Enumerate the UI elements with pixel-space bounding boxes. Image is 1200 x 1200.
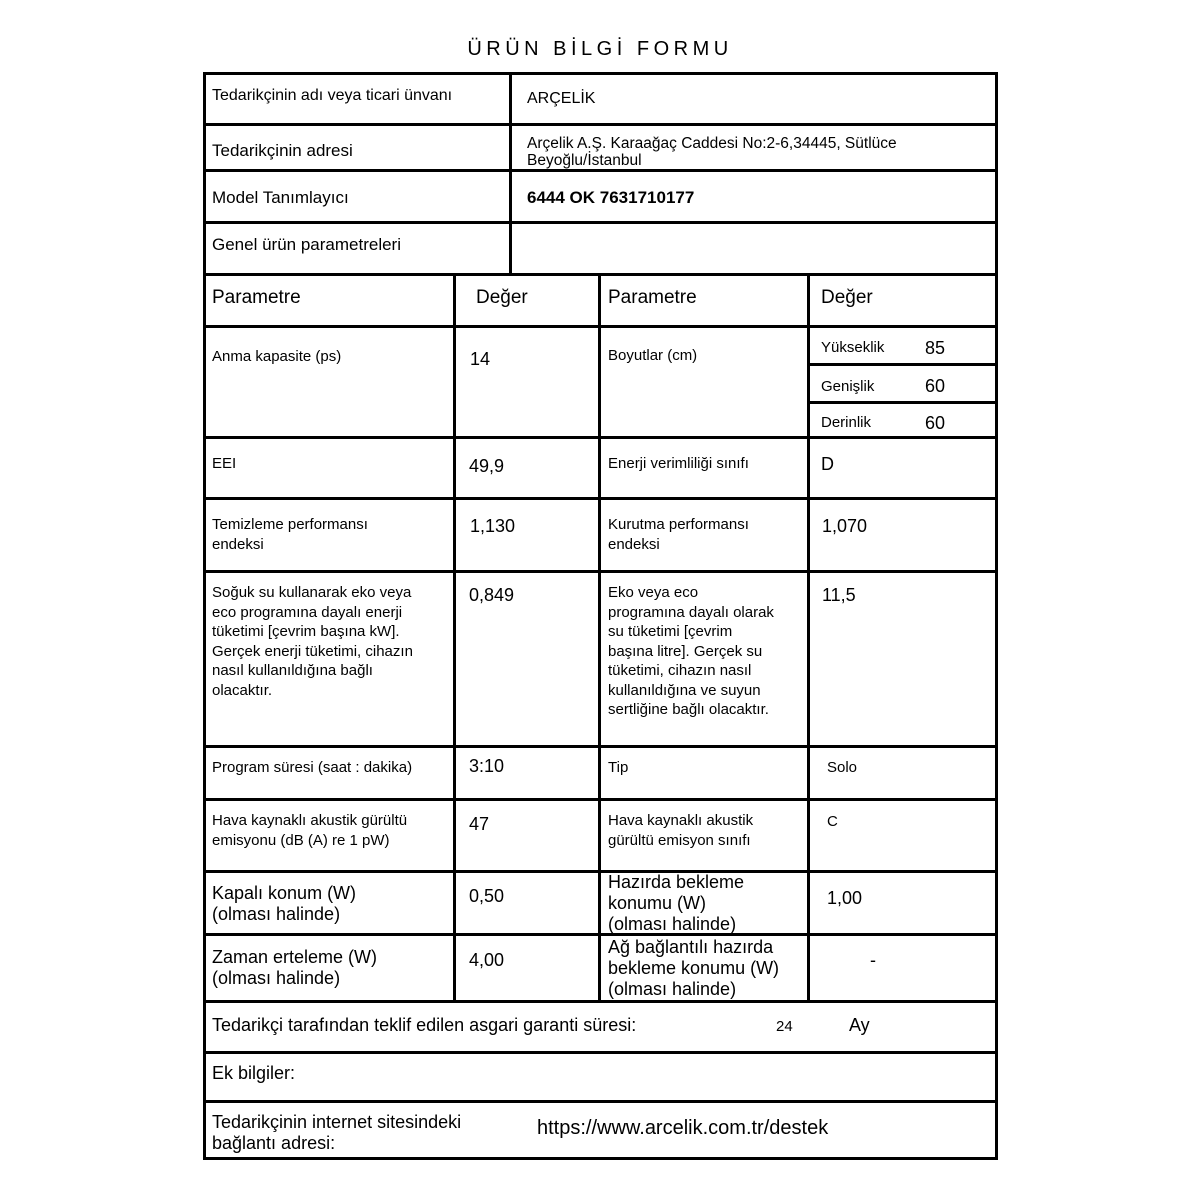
water-consumption-label: Eko veya eco programına dayalı olarak su…: [608, 583, 774, 720]
warranty-value: 24: [776, 1017, 793, 1037]
energy-consumption-label: Soğuk su kullanarak eko veya eco program…: [212, 583, 413, 700]
depth-label: Derinlik: [821, 413, 871, 433]
supplier-name-value: ARÇELİK: [527, 89, 595, 109]
depth-value: 60: [925, 413, 945, 434]
drying-index-label: Kurutma performansı endeksi: [608, 515, 749, 554]
noise-class-value: C: [827, 812, 838, 832]
page-title: ÜRÜN BİLGİ FORMU: [0, 38, 1200, 61]
eei-value: 49,9: [469, 456, 504, 477]
standby-value: 1,00: [827, 888, 862, 909]
header-parameter-1: Parametre: [212, 287, 301, 308]
warranty-unit: Ay: [849, 1015, 870, 1036]
energy-class-value: D: [821, 454, 834, 475]
model-label: Model Tanımlayıcı: [212, 188, 349, 208]
additional-info-label: Ek bilgiler:: [212, 1063, 295, 1084]
header-value-1: Değer: [476, 287, 528, 308]
eei-label: EEI: [212, 454, 236, 474]
capacity-value: 14: [470, 349, 490, 370]
header-value-2: Değer: [821, 287, 873, 308]
supplier-address-label: Tedarikçinin adresi: [212, 140, 353, 161]
capacity-label: Anma kapasite (ps): [212, 347, 341, 367]
energy-class-label: Enerji verimliliği sınıfı: [608, 454, 749, 474]
networked-standby-label: Ağ bağlantılı hazırda bekleme konumu (W)…: [608, 937, 779, 1000]
type-value: Solo: [827, 758, 857, 778]
program-duration-label: Program süresi (saat : dakika): [212, 758, 412, 778]
cleaning-index-value: 1,130: [470, 516, 515, 537]
noise-emission-label: Hava kaynaklı akustik gürültü emisyonu (…: [212, 811, 407, 850]
width-label: Genişlik: [821, 377, 874, 397]
website-link[interactable]: https://www.arcelik.com.tr/destek: [537, 1118, 828, 1139]
networked-standby-value: -: [870, 950, 876, 971]
off-mode-value: 0,50: [469, 886, 504, 907]
supplier-name-label: Tedarikçinin adı veya ticari ünvanı: [212, 86, 452, 106]
warranty-label: Tedarikçi tarafından teklif edilen asgar…: [212, 1015, 636, 1036]
delay-start-value: 4,00: [469, 950, 504, 971]
height-label: Yükseklik: [821, 338, 884, 358]
program-duration-value: 3:10: [469, 756, 504, 777]
supplier-address-value: Arçelik A.Ş. Karaağaç Caddesi No:2-6,344…: [527, 135, 897, 169]
header-parameter-2: Parametre: [608, 287, 697, 308]
noise-emission-value: 47: [469, 814, 489, 835]
model-value: 6444 OK 7631710177: [527, 188, 694, 208]
off-mode-label: Kapalı konum (W) (olması halinde): [212, 883, 356, 925]
type-label: Tip: [608, 758, 628, 778]
delay-start-label: Zaman erteleme (W) (olması halinde): [212, 947, 377, 989]
standby-label: Hazırda bekleme konumu (W) (olması halin…: [608, 872, 744, 935]
height-value: 85: [925, 338, 945, 359]
width-value: 60: [925, 376, 945, 397]
dimensions-label: Boyutlar (cm): [608, 346, 697, 366]
cleaning-index-label: Temizleme performansı endeksi: [212, 515, 368, 554]
website-label: Tedarikçinin internet sitesindeki bağlan…: [212, 1112, 461, 1154]
noise-class-label: Hava kaynaklı akustik gürültü emisyon sı…: [608, 811, 753, 850]
energy-consumption-value: 0,849: [469, 585, 514, 606]
water-consumption-value: 11,5: [822, 585, 856, 606]
general-parameters-label: Genel ürün parametreleri: [212, 235, 401, 255]
drying-index-value: 1,070: [822, 516, 867, 537]
